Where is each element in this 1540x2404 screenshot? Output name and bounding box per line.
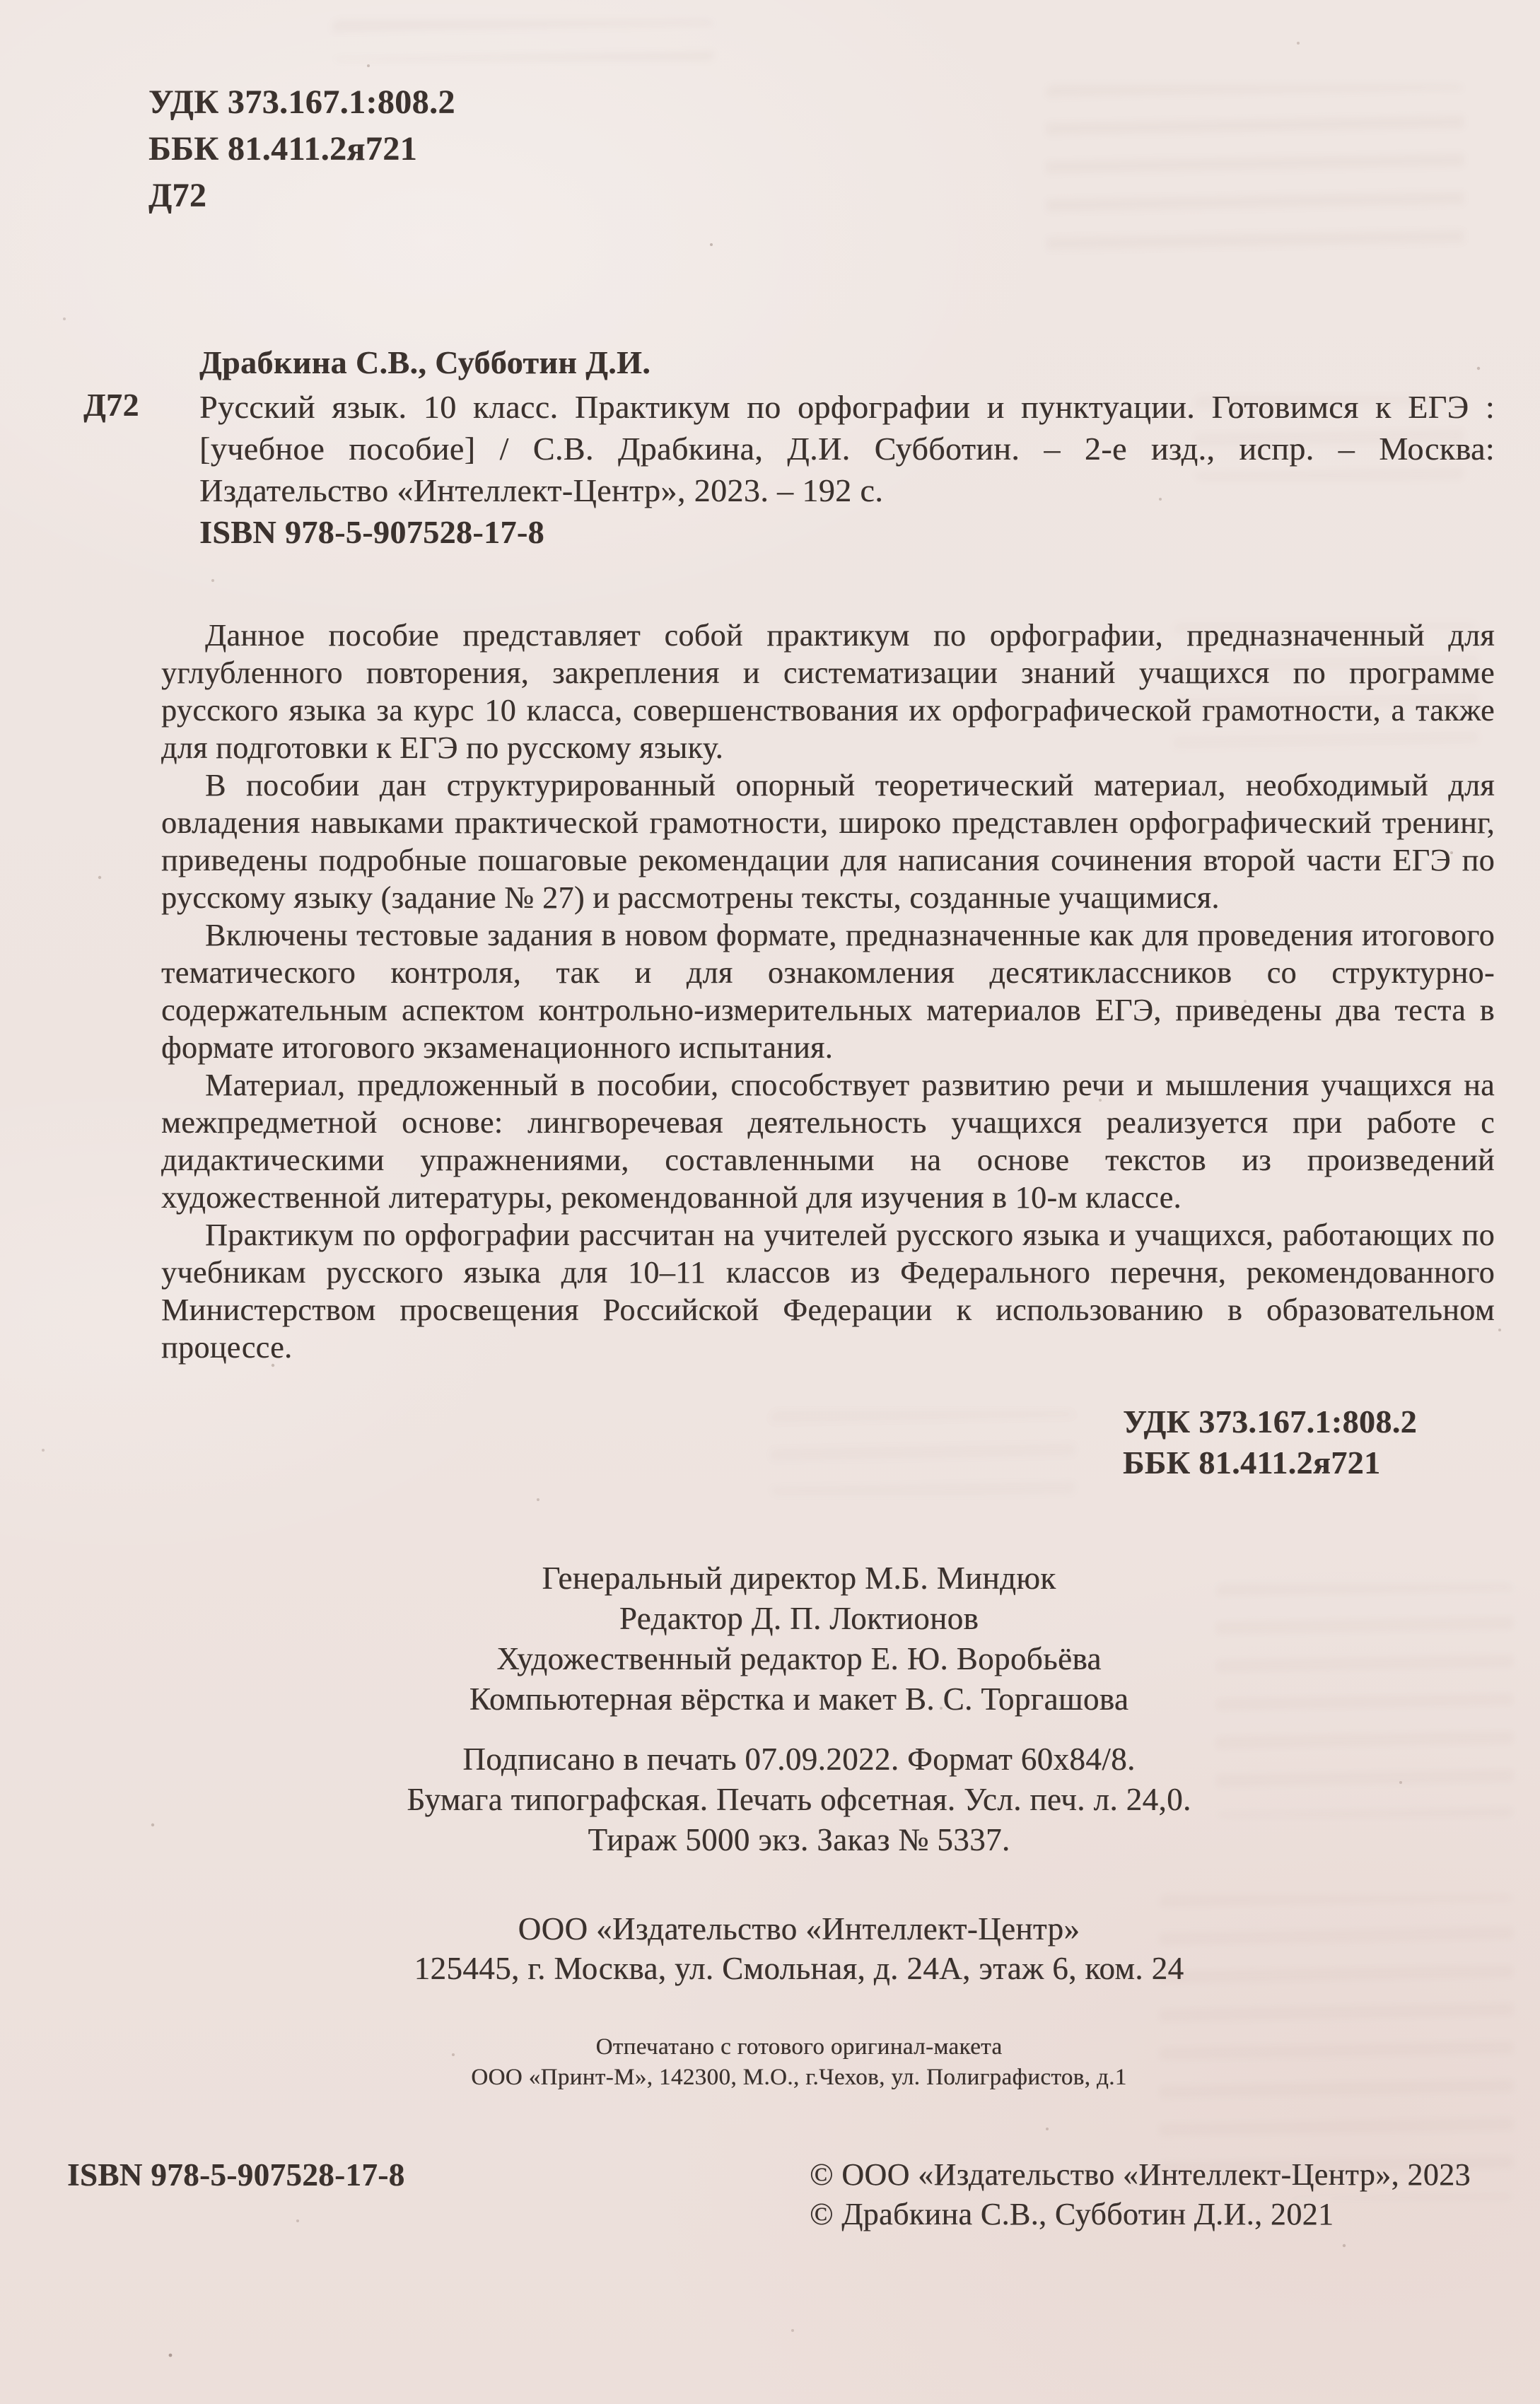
catalog-codes-top: УДК 373.167.1:808.2 ББК 81.411.2я721 Д72 [148, 79, 455, 219]
print-details: Подписано в печать 07.09.2022. Формат 60… [163, 1739, 1435, 1860]
footer-isbn: ISBN 978-5-907528-17-8 [67, 2157, 405, 2193]
paper-print-line: Бумага типографская. Печать офсетная. Ус… [163, 1780, 1435, 1820]
printing-house-line: ООО «Принт-М», 142300, М.О., г.Чехов, ул… [163, 2062, 1435, 2093]
udc-code: УДК 373.167.1:808.2 [148, 79, 455, 126]
margin-author-sign: Д72 [83, 386, 139, 424]
printing-house-info: Отпечатано с готового оригинал-макета ОО… [163, 2032, 1435, 2093]
printed-from-line: Отпечатано с готового оригинал-макета [163, 2032, 1435, 2062]
annotation-paragraph: В пособии дан структурированный опорный … [161, 766, 1495, 916]
annotation-block: Данное пособие представляет собой практи… [161, 617, 1495, 1366]
credit-line-art-editor: Художественный редактор Е. Ю. Воробьёва [163, 1639, 1435, 1679]
annotation-paragraph: Материал, предложенный в пособии, способ… [161, 1066, 1495, 1216]
credit-line-editor: Редактор Д. П. Локтионов [163, 1599, 1435, 1639]
isbn-line: ISBN 978-5-907528-17-8 [199, 513, 544, 551]
print-date-format-line: Подписано в печать 07.09.2022. Формат 60… [163, 1739, 1435, 1780]
credit-line-director: Генеральный директор М.Б. Миндюк [163, 1558, 1435, 1599]
scanned-book-imprint-page: УДК 373.167.1:808.2 ББК 81.411.2я721 Д72… [0, 0, 1540, 2404]
staff-credits: Генеральный директор М.Б. Миндюк Редакто… [163, 1558, 1435, 1720]
annotation-paragraph: Данное пособие представляет собой практи… [161, 617, 1495, 766]
bbk-code: ББК 81.411.2я721 [148, 126, 455, 173]
annotation-paragraph: Практикум по орфографии рассчитан на учи… [161, 1216, 1495, 1366]
annotation-paragraph: Включены тестовые задания в новом формат… [161, 916, 1495, 1066]
copyright-publisher: © ООО «Издательство «Интеллект-Центр», 2… [810, 2155, 1471, 2195]
udc-code-footer: УДК 373.167.1:808.2 [1123, 1401, 1417, 1442]
publisher-address-line: 125445, г. Москва, ул. Смольная, д. 24А,… [163, 1949, 1435, 1988]
credit-line-layout: Компьютерная вёрстка и макет В. С. Торга… [163, 1679, 1435, 1720]
bbk-code-footer: ББК 81.411.2я721 [1123, 1442, 1417, 1483]
authors-line: Драбкина С.В., Субботин Д.И. [199, 344, 651, 381]
bibliographic-description: Русский язык. 10 класс. Практикум по орф… [199, 386, 1495, 511]
publisher-name-line: ООО «Издательство «Интеллект-Центр» [163, 1909, 1435, 1949]
catalog-codes-footer: УДК 373.167.1:808.2 ББК 81.411.2я721 [1123, 1401, 1417, 1483]
tirage-order-line: Тираж 5000 экз. Заказ № 5337. [163, 1820, 1435, 1860]
publisher-info: ООО «Издательство «Интеллект-Центр» 1254… [163, 1909, 1435, 1988]
copyright-authors: © Драбкина С.В., Субботин Д.И., 2021 [810, 2195, 1471, 2234]
copyright-block: © ООО «Издательство «Интеллект-Центр», 2… [810, 2155, 1471, 2234]
author-sign-code: Д72 [148, 173, 455, 219]
page-content: УДК 373.167.1:808.2 ББК 81.411.2я721 Д72… [0, 0, 1540, 2404]
